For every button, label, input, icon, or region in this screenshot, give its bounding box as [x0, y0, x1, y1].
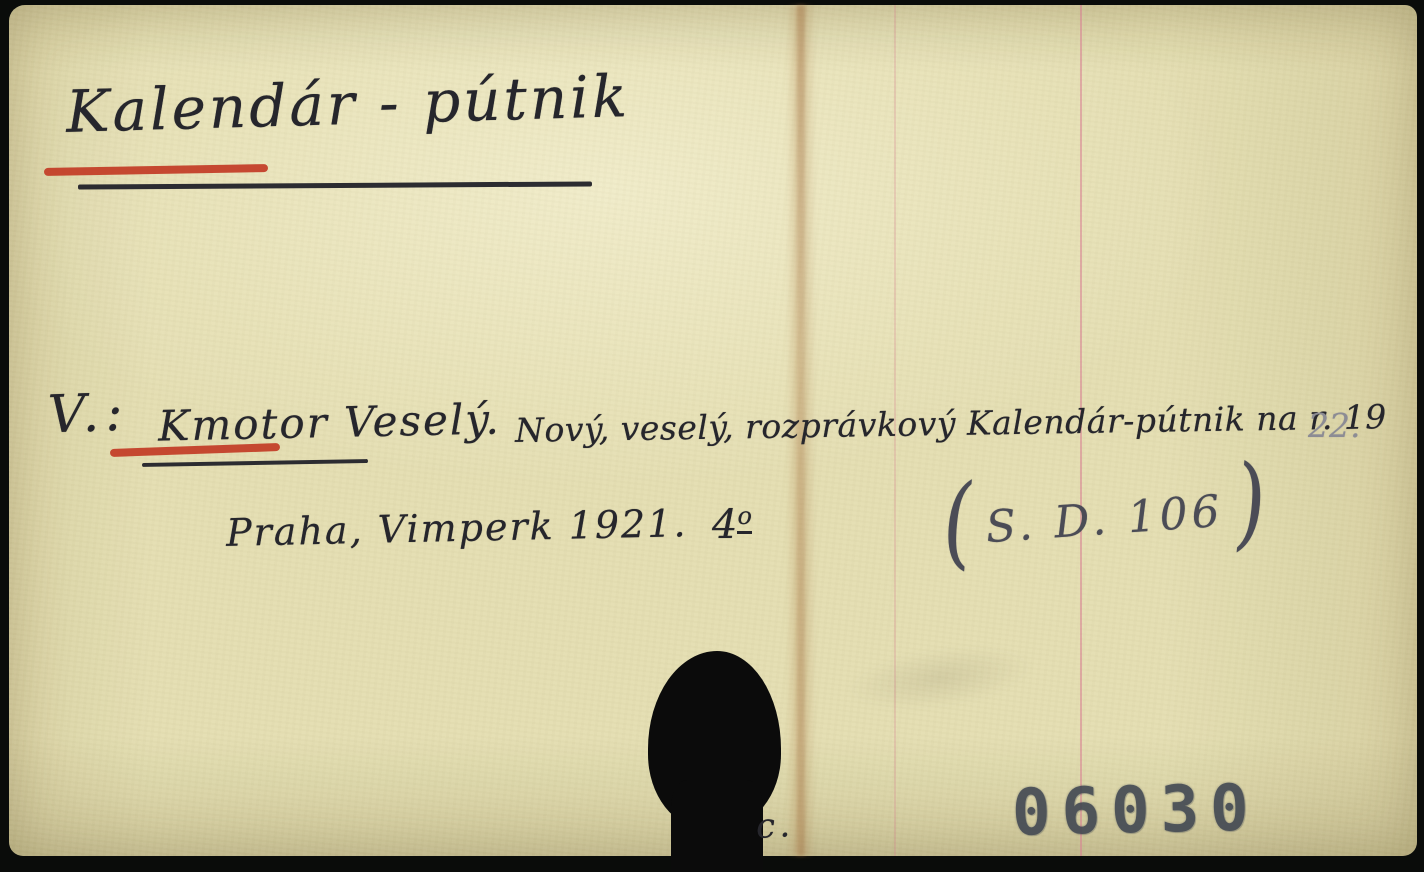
- format-notation: 4o: [712, 502, 752, 548]
- year-pencil-addition: 22.: [1308, 406, 1360, 445]
- scan-frame: Kalendár - pútnik V.: Kmotor Veselý. Nov…: [0, 0, 1424, 872]
- format-ordinal: o: [737, 502, 751, 534]
- format-number: 4: [712, 502, 737, 548]
- reference-text: S. D. 106: [976, 485, 1233, 554]
- author-name: Kmotor Veselý.: [158, 394, 502, 450]
- hole-punch-stem: [671, 780, 763, 872]
- reference-open-paren: (: [939, 471, 977, 573]
- volume-label: V.:: [47, 383, 130, 446]
- accession-number-stamp: 06030: [1011, 771, 1260, 850]
- marginalia-letter: c.: [755, 805, 795, 847]
- reference-close-paren: ): [1231, 451, 1269, 553]
